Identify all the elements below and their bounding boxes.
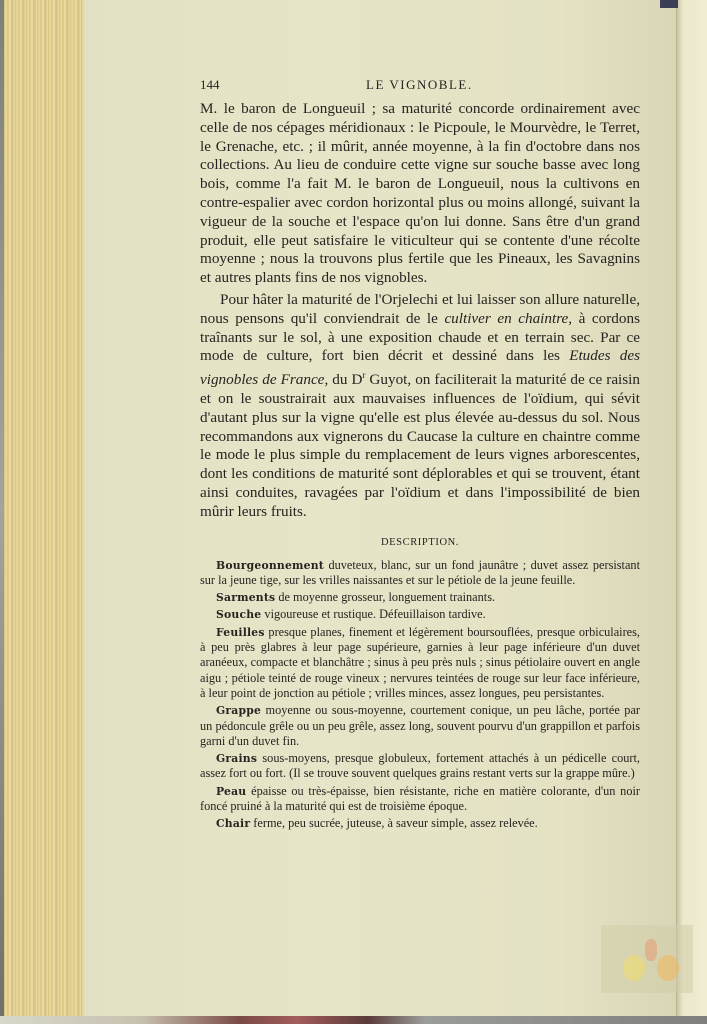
- italic-phrase: cultiver en chaintre: [444, 310, 568, 327]
- entry-term: Peau: [216, 785, 246, 798]
- entry-term: Grains: [216, 752, 257, 765]
- running-title: LE VIGNOBLE.: [366, 77, 473, 93]
- description-entry: Peau épaisse ou très-épaisse, bien résis…: [200, 784, 640, 815]
- paragraph-2: Pour hâter la maturité de l'Orjelechi et…: [200, 291, 640, 522]
- facing-page-edge: [676, 0, 707, 1016]
- description-entry: Souche vigoureuse et rustique. Défeuilla…: [200, 607, 640, 622]
- entry-term: Feuilles: [216, 626, 265, 639]
- page-number: 144: [200, 77, 220, 93]
- running-head: 144 LE VIGNOBLE.: [200, 75, 640, 97]
- page-text: 144 LE VIGNOBLE. M. le baron de Longueui…: [200, 75, 640, 832]
- description-heading: DESCRIPTION.: [200, 537, 640, 548]
- page-edges: [4, 0, 84, 1016]
- description-entry: Grains sous-moyens, presque globuleux, f…: [200, 751, 640, 782]
- background-corner: [660, 0, 678, 8]
- entry-term: Grappe: [216, 704, 261, 717]
- entry-term: Chair: [216, 817, 250, 830]
- description-entry: Feuilles presque planes, finement et lég…: [200, 625, 640, 701]
- description-entry: Bourgeonnement duveteux, blanc, sur un f…: [200, 558, 640, 589]
- paragraph-1: M. le baron de Longueuil ; sa maturité c…: [200, 100, 640, 288]
- description-list: Bourgeonnement duveteux, blanc, sur un f…: [200, 558, 640, 832]
- entry-term: Souche: [216, 608, 261, 621]
- background-bottom: [0, 1016, 707, 1024]
- entry-term: Bourgeonnement: [216, 559, 324, 572]
- description-entry: Chair ferme, peu sucrée, juteuse, à save…: [200, 816, 640, 831]
- entry-term: Sarments: [216, 591, 275, 604]
- description-entry: Sarments de moyenne grosseur, longuement…: [200, 590, 640, 605]
- image-artifact: [601, 925, 693, 993]
- description-entry: Grappe moyenne ou sous-moyenne, courteme…: [200, 703, 640, 749]
- book-photo: 144 LE VIGNOBLE. M. le baron de Longueui…: [0, 0, 707, 1024]
